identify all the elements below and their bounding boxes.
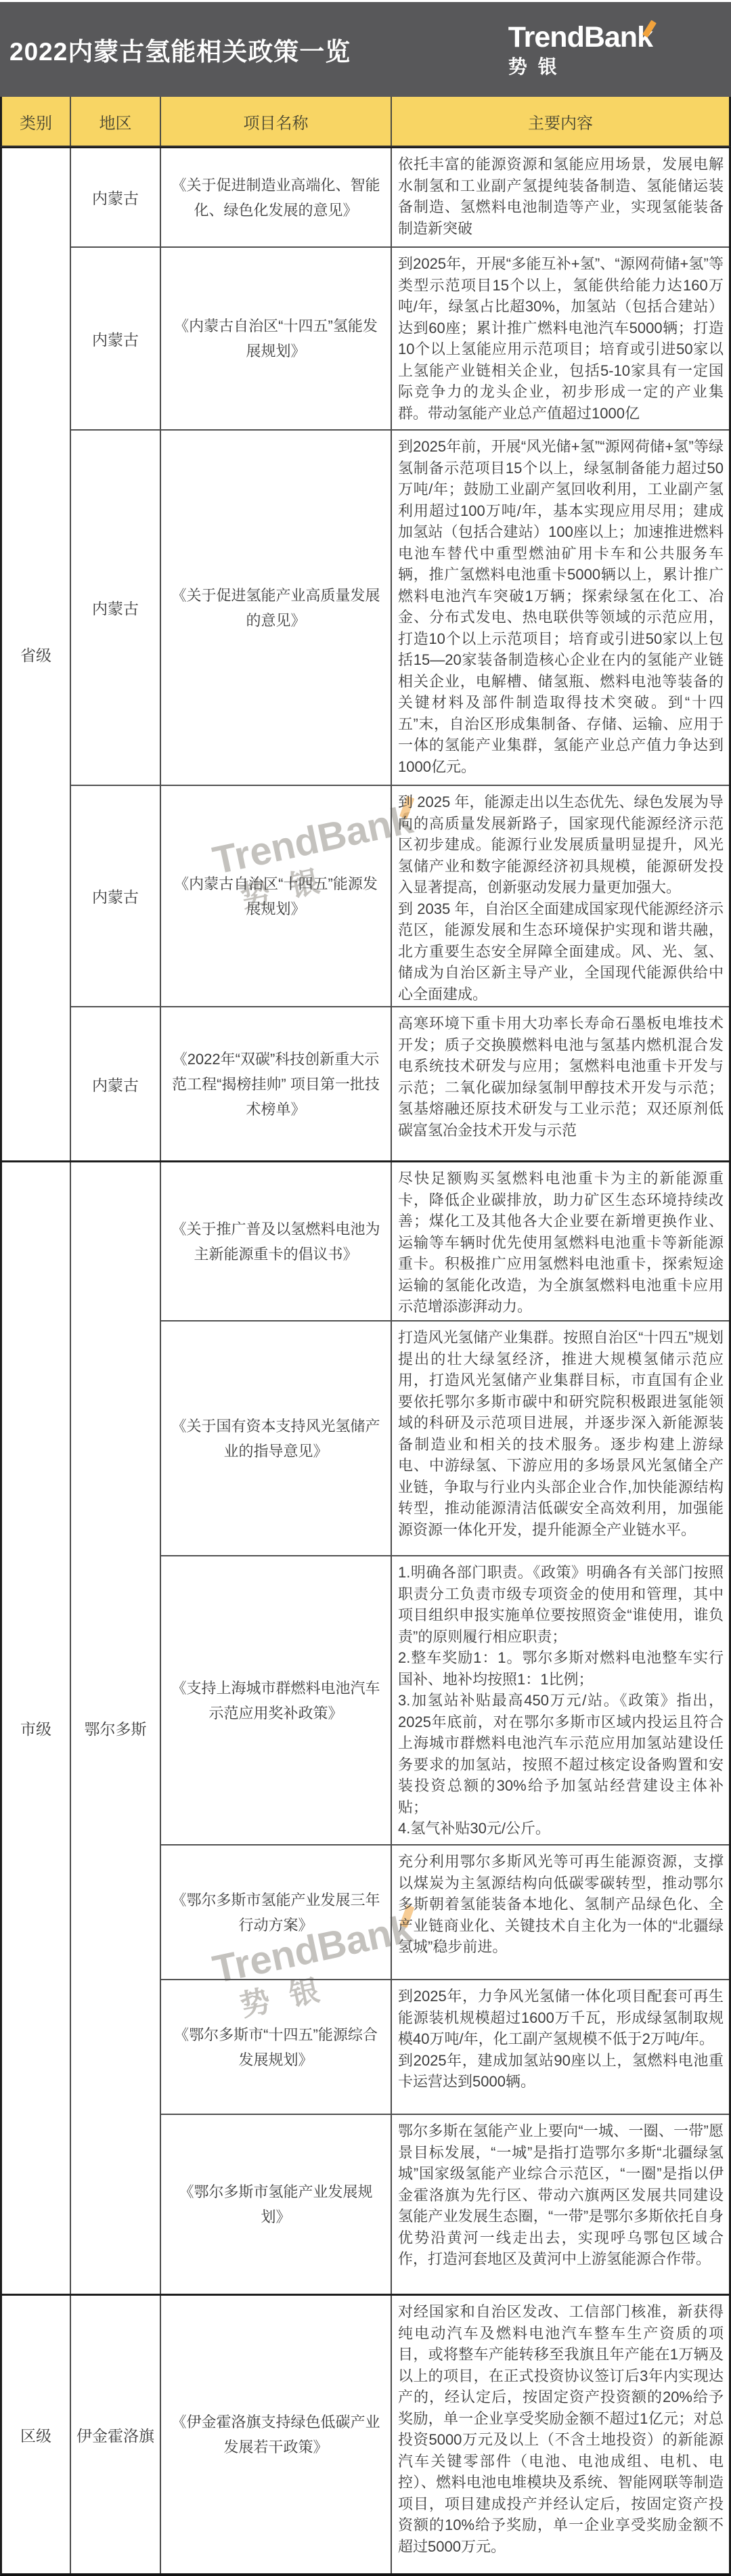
policy-name-cell: 《关于国有资本支持风光氢储产业的指导意见》	[161, 1320, 392, 1555]
policy-content-cell: 到2025年，力争风光氢储一体化项目配套可再生能源装机规模超过1600万千瓦，形…	[392, 1979, 729, 2114]
policy-content-cell: 尽快足额购买氢燃料电池重卡为主的新能源重卡，降低企业碳排放，助力矿区生态环境持续…	[392, 1162, 729, 1320]
policy-content-cell: 依托丰富的能源资源和氢能应用场景，发展电解水制氢和工业副产氢提纯装备制造、氢能储…	[392, 148, 729, 246]
trendbank-logo: TrendBank 势银	[508, 23, 652, 77]
policy-content-cell: 对经国家和自治区发改、工信部门核准，新获得纯电动汽车及燃料电池汽车整车生产资质的…	[392, 2296, 729, 2573]
column-header-region: 地区	[71, 97, 161, 146]
table-section-1: 省级内蒙古《关于促进制造业高端化、智能化、绿色化发展的意见》依托丰富的能源资源和…	[0, 147, 731, 1160]
policy-content-cell: 1.明确各部门职责。《政策》明确各有关部门按照职责分工负责市级专项资金的使用和管…	[392, 1555, 729, 1844]
category-cell: 市级	[2, 1162, 71, 2294]
policy-name-cell: 《内蒙古自治区“十四五”能源发展规划》	[161, 785, 392, 1006]
policy-content-cell: 充分利用鄂尔多斯风光等可再生能源资源，支撑以煤炭为主氢源结构向低碳零碳转型，推动…	[392, 1844, 729, 1979]
region-cell: 内蒙古	[71, 246, 161, 429]
category-cell: 省级	[2, 148, 71, 1160]
policy-name-cell: 《伊金霍洛旗支持绿色低碳产业发展若干政策》	[161, 2296, 392, 2573]
table-section-3: 区级伊金霍洛旗《伊金霍洛旗支持绿色低碳产业发展若干政策》对经国家和自治区发改、工…	[0, 2294, 731, 2576]
trendbank-logo-wordmark: TrendBank	[508, 23, 652, 52]
policy-name-cell: 《关于促进氢能产业高质量发展的意见》	[161, 429, 392, 785]
policy-name-cell: 《鄂尔多斯市“十四五”能源综合发展规划》	[161, 1979, 392, 2114]
title-bar: 2022内蒙古氢能相关政策一览 TrendBank 势银	[0, 2, 731, 97]
policy-overview-page: TrendBank 势银 TrendBank 势银 2022内蒙古氢能相关政策一…	[0, 0, 731, 2576]
region-cell: 鄂尔多斯	[71, 1162, 161, 2294]
policy-name-cell: 《关于推广普及以氢燃料电池为主新能源重卡的倡议书》	[161, 1162, 392, 1320]
region-cell: 内蒙古	[71, 429, 161, 785]
policy-name-cell: 《关于促进制造业高端化、智能化、绿色化发展的意见》	[161, 148, 392, 246]
policy-content-cell: 打造风光氢储产业集群。按照自治区“十四五”规划提出的壮大绿氢经济，推进大规模氢储…	[392, 1320, 729, 1555]
category-cell: 区级	[2, 2296, 71, 2573]
table-body: 省级内蒙古《关于促进制造业高端化、智能化、绿色化发展的意见》依托丰富的能源资源和…	[0, 147, 731, 2576]
table-header-row: 类别 地区 项目名称 主要内容	[0, 97, 731, 147]
trendbank-logo-cn: 势银	[508, 58, 652, 77]
table-section-2: 市级鄂尔多斯《关于推广普及以氢燃料电池为主新能源重卡的倡议书》尽快足额购买氢燃料…	[0, 1160, 731, 2294]
column-header-project-name: 项目名称	[161, 97, 392, 146]
policy-content-cell: 到2025年，开展“多能互补+氢”、“源网荷储+氢”等类型示范项目15个以上，氢…	[392, 246, 729, 429]
region-cell: 伊金霍洛旗	[71, 2296, 161, 2573]
policy-name-cell: 《2022年“双碳”科技创新重大示范工程“揭榜挂帅” 项目第一批技术榜单》	[161, 1006, 392, 1160]
region-cell: 内蒙古	[71, 1006, 161, 1160]
policy-name-cell: 《鄂尔多斯市氢能产业发展规划》	[161, 2114, 392, 2294]
column-header-main-content: 主要内容	[392, 97, 729, 146]
page-title: 2022内蒙古氢能相关政策一览	[9, 31, 351, 68]
column-header-category: 类别	[2, 97, 71, 146]
policy-name-cell: 《支持上海城市群燃料电池汽车示范应用奖补政策》	[161, 1555, 392, 1844]
region-cell: 内蒙古	[71, 148, 161, 246]
policy-name-cell: 《内蒙古自治区“十四五”氢能发展规划》	[161, 246, 392, 429]
policy-content-cell: 鄂尔多斯在氢能产业上要向“一城、一圈、一带”愿景目标发展，“一城”是指打造鄂尔多…	[392, 2114, 729, 2294]
region-cell: 内蒙古	[71, 785, 161, 1006]
policy-name-cell: 《鄂尔多斯市氢能产业发展三年行动方案》	[161, 1844, 392, 1979]
policy-content-cell: 高寒环境下重卡用大功率长寿命石墨板电堆技术开发；质子交换膜燃料电池与氢基内燃机混…	[392, 1006, 729, 1160]
policy-content-cell: 到2025年前，开展“风光储+氢”“源网荷储+氢”等绿氢制备示范项目15个以上，…	[392, 429, 729, 785]
policy-content-cell: 到 2025 年，能源走出以生态优先、绿色发展为导向的高质量发展新路子，国家现代…	[392, 785, 729, 1006]
